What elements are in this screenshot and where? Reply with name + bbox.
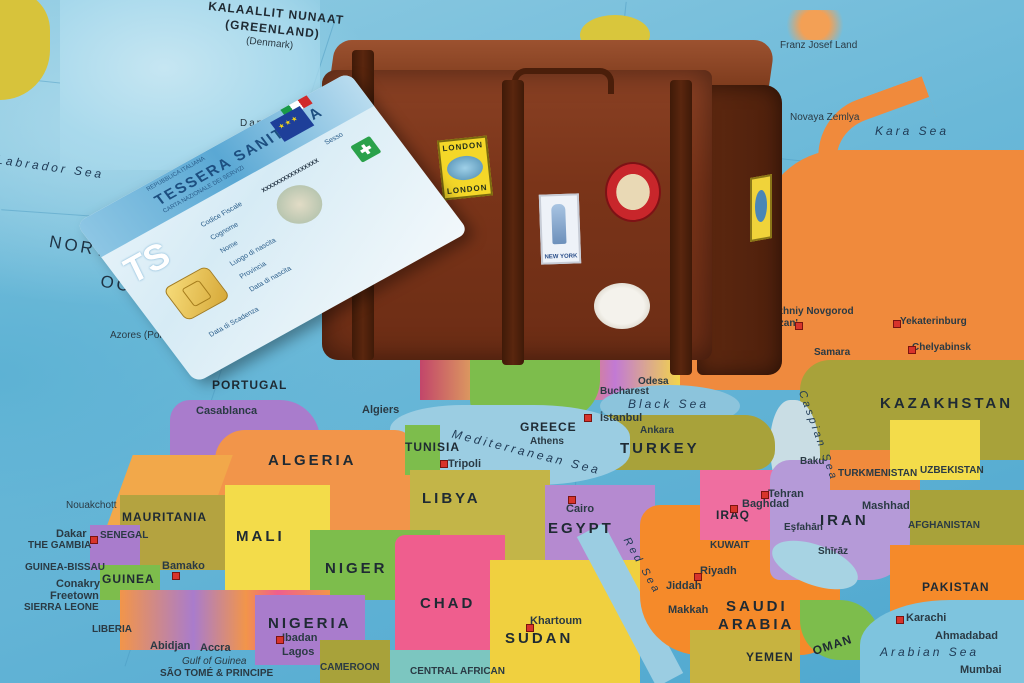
label-esfahan: Eşfahān (784, 522, 823, 533)
city-marker (276, 636, 284, 644)
label-turkmenistan: TURKMENISTAN (838, 468, 917, 479)
label-arabia: ARABIA (718, 616, 794, 633)
label-cairo: Cairo (566, 503, 594, 515)
suitcase-strap-right (670, 80, 692, 375)
label-bamako: Bamako (162, 560, 205, 572)
label-franz-josef: Franz Josef Land (780, 40, 857, 51)
label-sudan: SUDAN (505, 630, 573, 647)
city-marker (893, 320, 901, 328)
tower-bridge-image (446, 154, 484, 182)
liberty-sticker-text: NEW YORK (543, 253, 579, 260)
suitcase-strap-middle (502, 80, 524, 365)
city-marker (908, 346, 916, 354)
smart-chip-icon (163, 265, 231, 321)
label-mali: MALI (236, 528, 285, 545)
label-yekaterinburg: Yekaterinburg (900, 316, 967, 327)
city-marker (795, 322, 803, 330)
label-ahmadabad: Ahmadabad (935, 630, 998, 642)
sticker-emblem-icon (755, 189, 767, 223)
label-baku: Baku (800, 456, 824, 467)
label-shiraz: Shīrāz (818, 546, 848, 557)
city-marker (761, 491, 769, 499)
label-algiers: Algiers (362, 404, 399, 416)
label-tunisia: TUNISIA (405, 440, 460, 454)
label-turkey: TURKEY (620, 440, 700, 457)
side-yellow-sticker (750, 174, 772, 242)
label-bucharest: Bucharest (600, 386, 649, 397)
label-karachi: Karachi (906, 612, 946, 624)
label-samara: Samara (814, 347, 850, 358)
label-guinea-bissau: GUINEA-BISSAU (25, 562, 105, 573)
label-libya: LIBYA (422, 490, 481, 507)
label-khartoum: Khartoum (530, 615, 582, 627)
city-marker (90, 536, 98, 544)
label-ankara: Ankara (640, 425, 674, 436)
label-cameroon: CAMEROON (320, 662, 379, 673)
suitcase-handle (512, 68, 614, 94)
label-senegal: SENEGAL (100, 530, 148, 541)
label-iran: IRAN (820, 512, 869, 529)
city-marker (730, 505, 738, 513)
label-central-african: CENTRAL AFRICAN (410, 666, 505, 677)
label-pakistan: PAKISTAN (922, 580, 990, 594)
city-marker (584, 414, 592, 422)
label-dakar: Dakar (56, 528, 87, 540)
label-kuwait: KUWAIT (710, 540, 749, 551)
label-black-sea: Black Sea (628, 397, 709, 411)
label-liberia: LIBERIA (92, 624, 132, 635)
city-marker (440, 460, 448, 468)
label-egypt: EGYPT (548, 520, 614, 537)
label-conakry: Conakry (56, 578, 100, 590)
london-sticker: LONDON LONDON (437, 136, 493, 201)
label-sao-tome: SÃO TOMÉ & PRINCIPE (160, 668, 273, 679)
label-lagos: Lagos (282, 646, 314, 658)
oval-white-sticker (594, 283, 650, 329)
label-tehran: Tehran (768, 488, 804, 500)
city-marker (526, 624, 534, 632)
label-mumbai: Mumbai (960, 664, 1002, 676)
label-guinea: GUINEA (102, 572, 155, 586)
label-mashhad: Mashhad (862, 500, 910, 512)
statue-of-liberty-sticker: NEW YORK (539, 193, 581, 264)
statue-of-liberty-icon (551, 204, 566, 244)
city-marker (694, 573, 702, 581)
label-arabian-sea: Arabian Sea (880, 645, 979, 659)
london-sticker-bottom-text: LONDON (447, 183, 488, 196)
city-marker (172, 572, 180, 580)
label-greece: GREECE (520, 420, 577, 434)
field-data-scadenza: Data di Scadenza (208, 306, 261, 338)
label-chad: CHAD (420, 595, 475, 612)
label-uzbekistan: UZBEKISTAN (920, 465, 984, 476)
label-tripoli: Tripoli (448, 458, 481, 470)
label-saudi: SAUDI (726, 598, 788, 615)
label-gulf-guinea: Gulf of Guinea (182, 656, 246, 667)
label-accra: Accra (200, 642, 231, 654)
field-sesso: Sesso (323, 131, 344, 146)
label-riyadh: Riyadh (700, 565, 737, 577)
label-nigeria: NIGERIA (268, 615, 352, 632)
label-gambia: THE GAMBIA (28, 540, 91, 551)
label-chelyabinsk: Chelyabinsk (912, 342, 971, 353)
city-marker (568, 496, 576, 504)
label-makkah: Makkah (668, 604, 708, 616)
green-cross-icon: ✚ (350, 136, 381, 163)
label-abidjan: Abidjan (150, 640, 190, 652)
label-freetown: Freetown (50, 590, 99, 602)
field-provincia: Provincia (238, 261, 267, 281)
label-novaya-zemlya: Novaya Zemlya (790, 112, 859, 123)
label-mauritania: MAURITANIA (122, 510, 207, 524)
label-sierra-leone: SIERRA LEONE (24, 602, 99, 613)
field-nome: Nome (219, 240, 240, 255)
london-sticker-top-text: LONDON (442, 140, 483, 153)
label-istanbul: İstanbul (600, 412, 642, 424)
label-niger: NIGER (325, 560, 388, 577)
label-afghanistan: AFGHANISTAN (908, 520, 980, 531)
label-kazakhstan: KAZAKHSTAN (880, 395, 1013, 412)
label-yemen: YEMEN (746, 650, 794, 664)
city-marker (896, 616, 904, 624)
label-ibadan: Ibadan (282, 632, 317, 644)
label-nouakchott: Nouakchott (66, 500, 117, 511)
label-jiddah: Jiddah (666, 580, 701, 592)
label-casablanca: Casablanca (196, 405, 257, 417)
label-kara-sea: Kara Sea (875, 124, 949, 138)
label-athens: Athens (530, 436, 564, 447)
land-franz-josef (770, 10, 860, 40)
label-portugal: PORTUGAL (212, 378, 287, 392)
label-algeria: ALGERIA (268, 452, 357, 469)
round-red-sticker (605, 162, 661, 222)
land-canada (0, 0, 50, 100)
